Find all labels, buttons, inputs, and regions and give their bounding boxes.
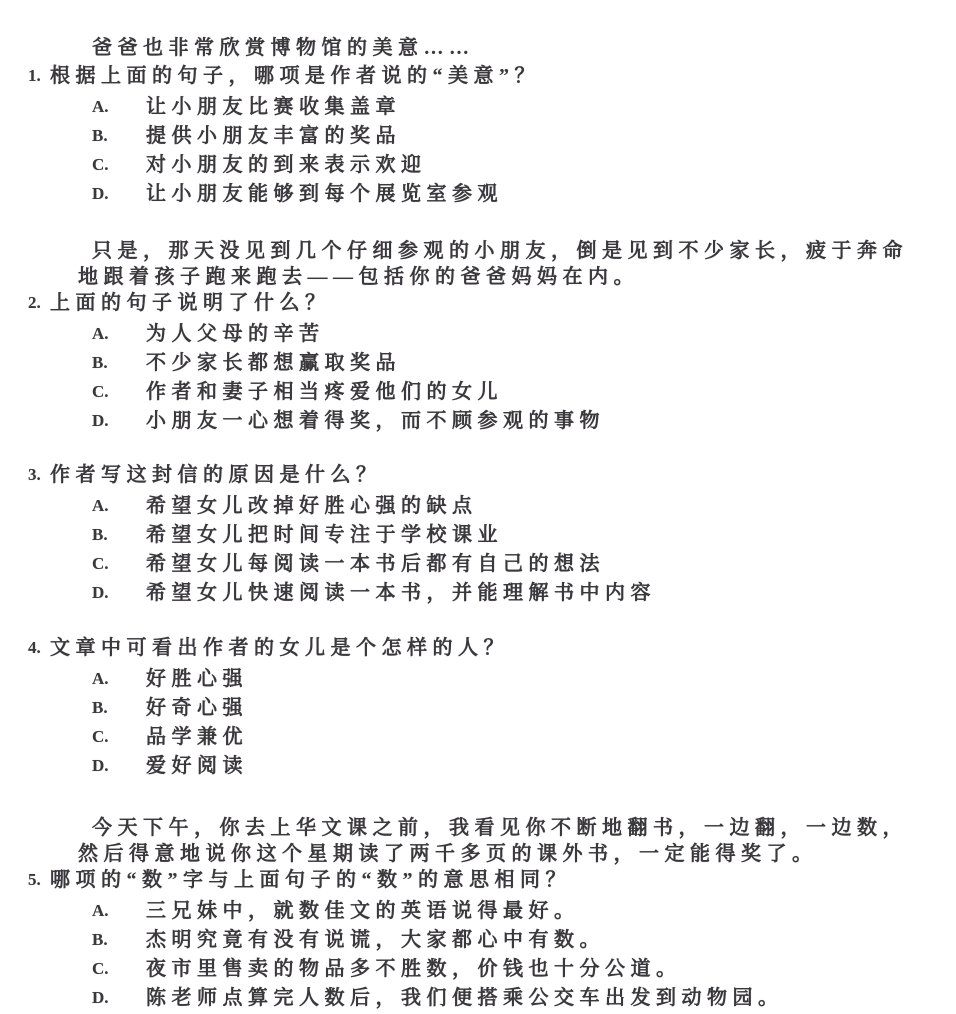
- question-number: 5.: [0, 867, 50, 893]
- passage-intro: 爸爸也非常欣赏博物馆的美意……: [78, 35, 946, 61]
- option-letter: D.: [92, 985, 146, 1011]
- option-letter: C.: [92, 551, 146, 577]
- option-row: B. 提供小朋友丰富的奖品: [0, 123, 956, 149]
- passage-q5: 今天下午，你去上华文课之前，我看见你不断地翻书，一边翻，一边数， 然后得意地说你…: [78, 815, 946, 867]
- option-letter: A.: [92, 493, 146, 519]
- option-text: 希望女儿把时间专注于学校课业: [146, 522, 956, 548]
- option-text: 夜市里售卖的物品多不胜数，价钱也十分公道。: [146, 956, 956, 982]
- option-text: 希望女儿改掉好胜心强的缺点: [146, 493, 956, 519]
- option-row: B. 希望女儿把时间专注于学校课业: [0, 522, 956, 548]
- exam-page: 爸爸也非常欣赏博物馆的美意…… 1. 根据上面的句子，哪项是作者说的“美意”？ …: [0, 0, 956, 1014]
- question-text: 上面的句子说明了什么？: [50, 290, 956, 316]
- passage-line: 然后得意地说你这个星期读了两千多页的课外书，一定能得奖了。: [78, 841, 946, 867]
- passage-line: 今天下午，你去上华文课之前，我看见你不断地翻书，一边翻，一边数，: [78, 815, 946, 841]
- question-3: 3. 作者写这封信的原因是什么？ A. 希望女儿改掉好胜心强的缺点 B. 希望女…: [0, 462, 956, 606]
- option-row: C. 品学兼优: [0, 724, 956, 750]
- option-letter: B.: [92, 522, 146, 548]
- passage-line: 只是，那天没见到几个仔细参观的小朋友，倒是见到不少家长，疲于奔命: [78, 238, 946, 264]
- question-5: 5. 哪项的“数”字与上面句子的“数”的意思相同？ A. 三兄妹中，就数佳文的英…: [0, 867, 956, 1011]
- option-row: C. 希望女儿每阅读一本书后都有自己的想法: [0, 551, 956, 577]
- option-letter: B.: [92, 695, 146, 721]
- question-2: 2. 上面的句子说明了什么？ A. 为人父母的辛苦 B. 不少家长都想赢取奖品 …: [0, 290, 956, 434]
- option-row: C. 夜市里售卖的物品多不胜数，价钱也十分公道。: [0, 956, 956, 982]
- option-text: 提供小朋友丰富的奖品: [146, 123, 956, 149]
- option-row: B. 不少家长都想赢取奖品: [0, 350, 956, 376]
- option-letter: D.: [92, 181, 146, 207]
- option-text: 对小朋友的到来表示欢迎: [146, 152, 956, 178]
- option-letter: A.: [92, 898, 146, 924]
- option-letter: D.: [92, 580, 146, 606]
- passage-intro-line: 爸爸也非常欣赏博物馆的美意……: [78, 35, 946, 61]
- option-row: C. 对小朋友的到来表示欢迎: [0, 152, 956, 178]
- option-text: 好胜心强: [146, 666, 956, 692]
- option-text: 杰明究竟有没有说谎，大家都心中有数。: [146, 927, 956, 953]
- option-text: 小朋友一心想着得奖，而不顾参观的事物: [146, 408, 956, 434]
- option-row: D. 希望女儿快速阅读一本书，并能理解书中内容: [0, 580, 956, 606]
- option-letter: C.: [92, 379, 146, 405]
- option-row: D. 爱好阅读: [0, 753, 956, 779]
- option-row: A. 让小朋友比赛收集盖章: [0, 94, 956, 120]
- passage-q2: 只是，那天没见到几个仔细参观的小朋友，倒是见到不少家长，疲于奔命 地跟着孩子跑来…: [78, 238, 946, 290]
- question-1-row: 1. 根据上面的句子，哪项是作者说的“美意”？: [0, 63, 956, 89]
- option-text: 希望女儿快速阅读一本书，并能理解书中内容: [146, 580, 956, 606]
- option-row: D. 陈老师点算完人数后，我们便搭乘公交车出发到动物园。: [0, 985, 956, 1011]
- option-letter: C.: [92, 724, 146, 750]
- option-letter: B.: [92, 350, 146, 376]
- option-row: A. 为人父母的辛苦: [0, 321, 956, 347]
- option-row: A. 好胜心强: [0, 666, 956, 692]
- option-text: 三兄妹中，就数佳文的英语说得最好。: [146, 898, 956, 924]
- question-number: 2.: [0, 290, 50, 316]
- option-row: D. 小朋友一心想着得奖，而不顾参观的事物: [0, 408, 956, 434]
- option-row: A. 希望女儿改掉好胜心强的缺点: [0, 493, 956, 519]
- option-letter: B.: [92, 123, 146, 149]
- option-row: D. 让小朋友能够到每个展览室参观: [0, 181, 956, 207]
- question-2-row: 2. 上面的句子说明了什么？: [0, 290, 956, 316]
- question-text: 文章中可看出作者的女儿是个怎样的人？: [50, 635, 956, 661]
- question-text: 根据上面的句子，哪项是作者说的“美意”？: [50, 63, 956, 89]
- option-text: 作者和妻子相当疼爱他们的女儿: [146, 379, 956, 405]
- question-4-row: 4. 文章中可看出作者的女儿是个怎样的人？: [0, 635, 956, 661]
- question-number: 4.: [0, 635, 50, 661]
- option-text: 让小朋友比赛收集盖章: [146, 94, 956, 120]
- option-text: 不少家长都想赢取奖品: [146, 350, 956, 376]
- option-row: B. 好奇心强: [0, 695, 956, 721]
- question-number: 3.: [0, 462, 50, 488]
- question-1: 1. 根据上面的句子，哪项是作者说的“美意”？ A. 让小朋友比赛收集盖章 B.…: [0, 63, 956, 207]
- option-letter: D.: [92, 408, 146, 434]
- option-text: 陈老师点算完人数后，我们便搭乘公交车出发到动物园。: [146, 985, 956, 1011]
- option-row: B. 杰明究竟有没有说谎，大家都心中有数。: [0, 927, 956, 953]
- option-letter: A.: [92, 666, 146, 692]
- question-text: 哪项的“数”字与上面句子的“数”的意思相同？: [50, 867, 956, 893]
- option-text: 爱好阅读: [146, 753, 956, 779]
- option-row: C. 作者和妻子相当疼爱他们的女儿: [0, 379, 956, 405]
- option-letter: C.: [92, 152, 146, 178]
- question-text: 作者写这封信的原因是什么？: [50, 462, 956, 488]
- option-row: A. 三兄妹中，就数佳文的英语说得最好。: [0, 898, 956, 924]
- option-text: 希望女儿每阅读一本书后都有自己的想法: [146, 551, 956, 577]
- option-letter: D.: [92, 753, 146, 779]
- question-3-row: 3. 作者写这封信的原因是什么？: [0, 462, 956, 488]
- option-letter: A.: [92, 94, 146, 120]
- question-number: 1.: [0, 63, 50, 89]
- question-4: 4. 文章中可看出作者的女儿是个怎样的人？ A. 好胜心强 B. 好奇心强 C.…: [0, 635, 956, 779]
- option-text: 让小朋友能够到每个展览室参观: [146, 181, 956, 207]
- option-text: 为人父母的辛苦: [146, 321, 956, 347]
- option-letter: C.: [92, 956, 146, 982]
- passage-line: 地跟着孩子跑来跑去——包括你的爸爸妈妈在内。: [78, 264, 946, 290]
- option-text: 品学兼优: [146, 724, 956, 750]
- option-letter: B.: [92, 927, 146, 953]
- question-5-row: 5. 哪项的“数”字与上面句子的“数”的意思相同？: [0, 867, 956, 893]
- option-text: 好奇心强: [146, 695, 956, 721]
- option-letter: A.: [92, 321, 146, 347]
